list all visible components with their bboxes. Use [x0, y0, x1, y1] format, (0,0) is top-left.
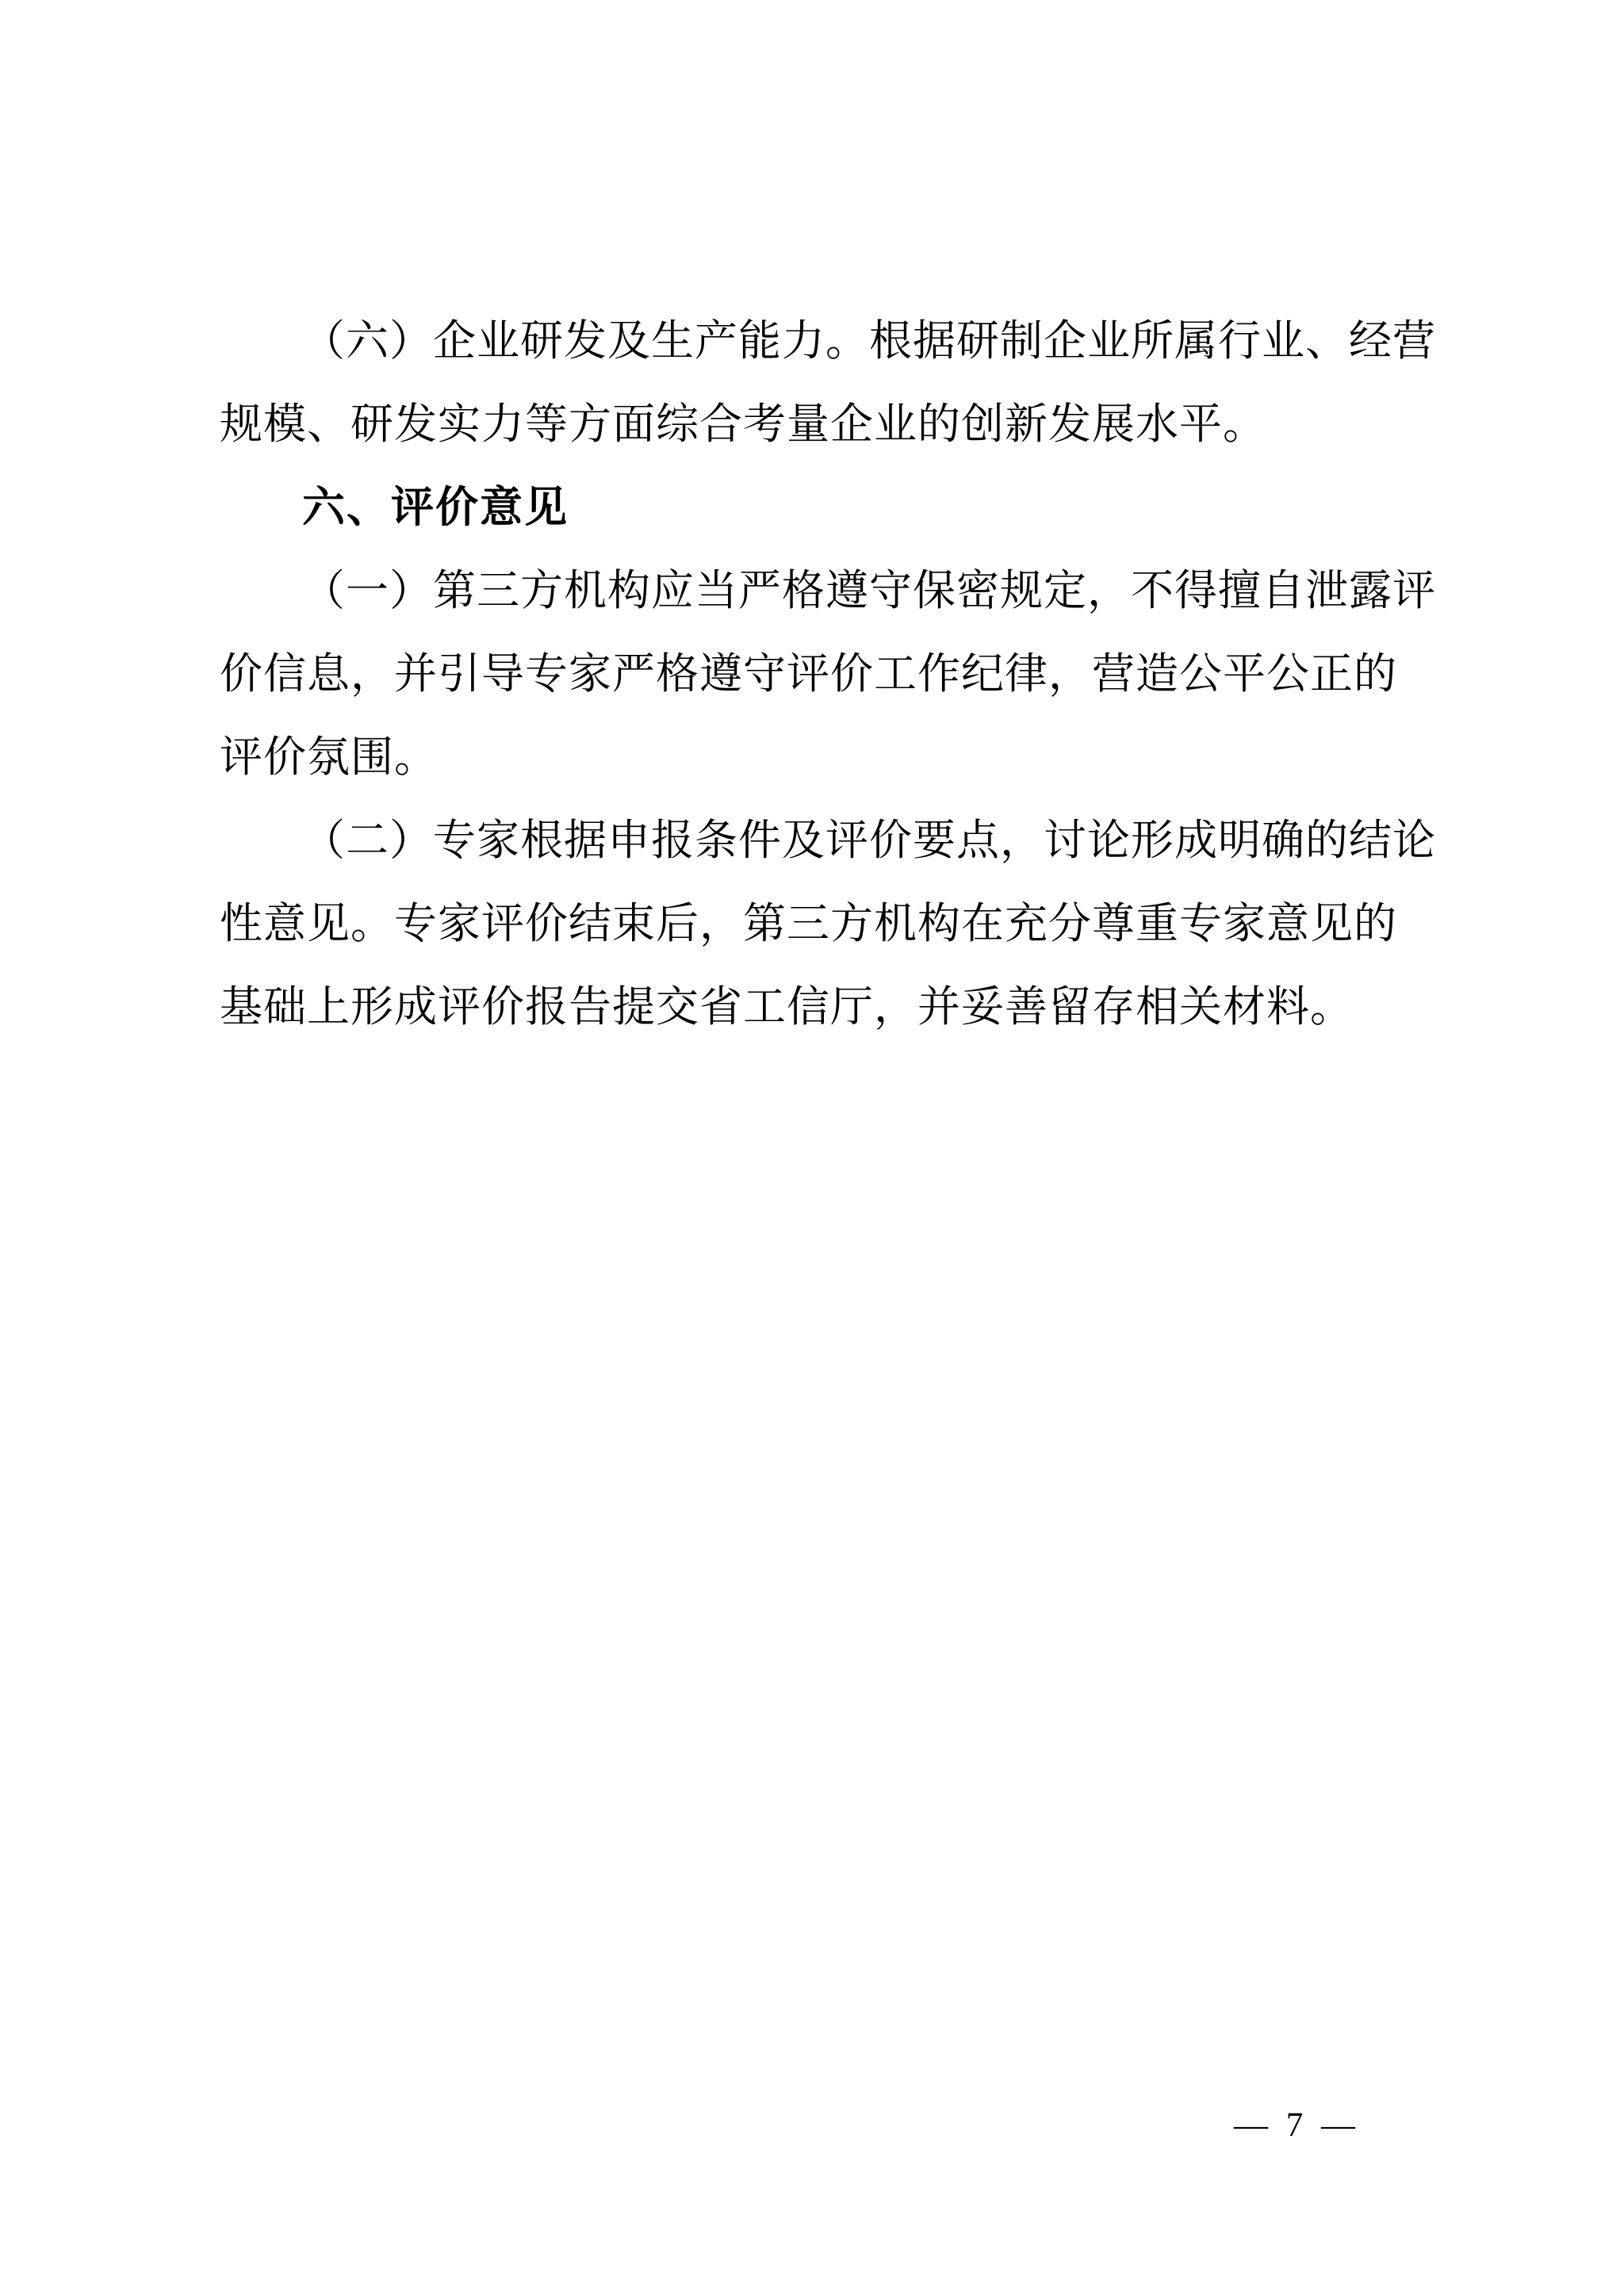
paragraph-line: 价信息，并引导专家严格遵守评价工作纪律，营造公平公正的	[220, 633, 1417, 716]
paragraph-line: 基础上形成评价报告提交省工信厅，并妥善留存相关材料。	[220, 966, 1417, 1049]
paragraph-line: 规模、研发实力等方面综合考量企业的创新发展水平。	[220, 383, 1417, 466]
paragraph-line: （六）企业研发及生产能力。根据研制企业所属行业、经营	[220, 300, 1417, 383]
page-number: — 7 —	[1234, 2106, 1360, 2145]
document-text-block: （六）企业研发及生产能力。根据研制企业所属行业、经营 规模、研发实力等方面综合考…	[220, 300, 1417, 1049]
document-page: （六）企业研发及生产能力。根据研制企业所属行业、经营 规模、研发实力等方面综合考…	[0, 0, 1624, 2296]
paragraph-line: （一）第三方机构应当严格遵守保密规定，不得擅自泄露评	[220, 549, 1417, 633]
paragraph-line: 性意见。专家评价结束后，第三方机构在充分尊重专家意见的	[220, 882, 1417, 966]
section-heading: 六、评价意见	[220, 466, 1417, 549]
paragraph-line: 评价氛围。	[220, 716, 1417, 799]
paragraph-line: （二）专家根据申报条件及评价要点，讨论形成明确的结论	[220, 799, 1417, 882]
